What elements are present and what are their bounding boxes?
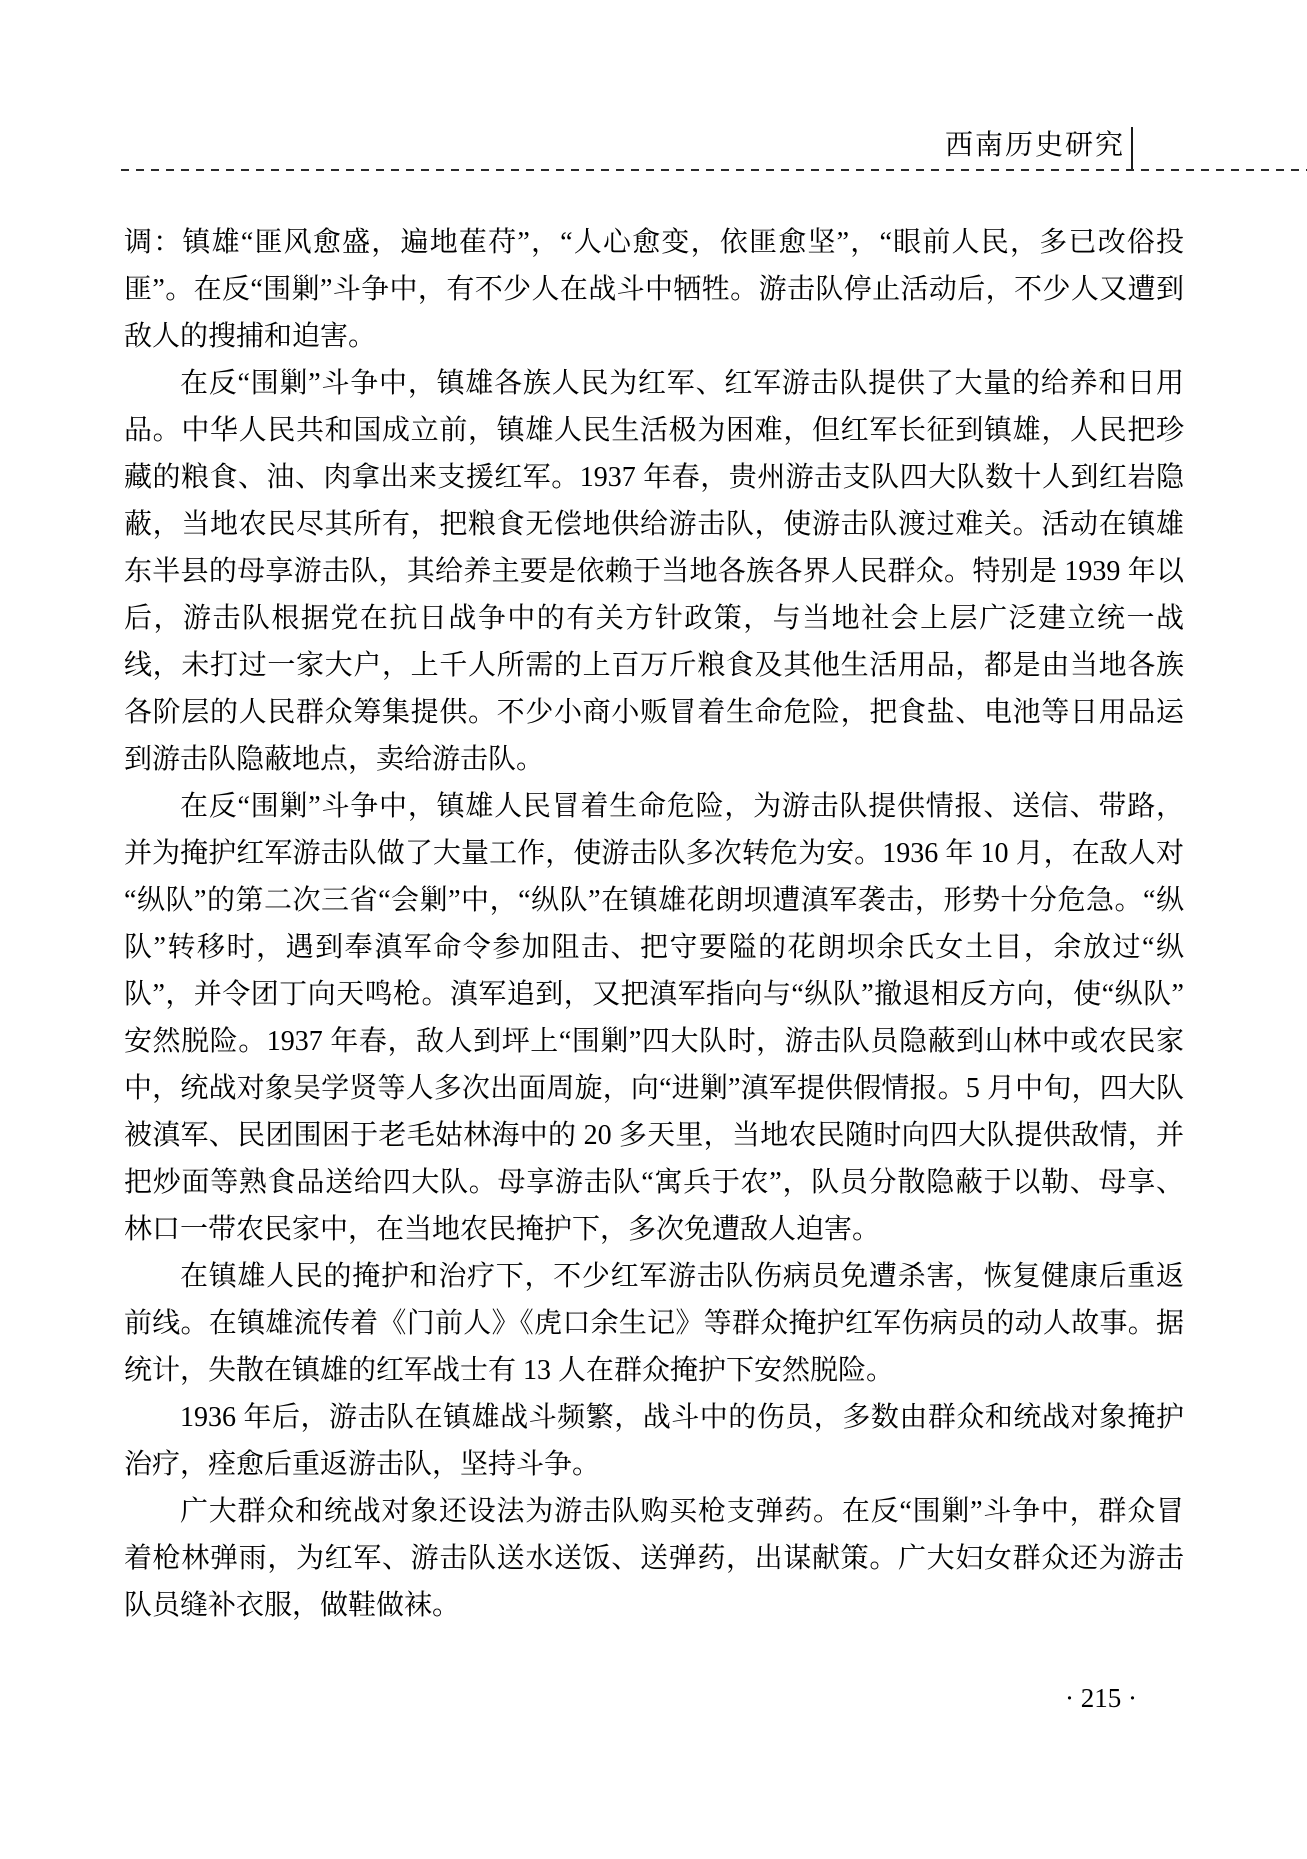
header-vertical-rule bbox=[1131, 127, 1133, 171]
header-dashed-divider bbox=[121, 169, 1307, 171]
paragraph: 在反“围剿”斗争中，镇雄人民冒着生命危险，为游击队提供情报、送信、带路，并为掩护… bbox=[124, 783, 1184, 1253]
paragraph: 在镇雄人民的掩护和治疗下，不少红军游击队伤病员免遭杀害，恢复健康后重返前线。在镇… bbox=[124, 1253, 1184, 1394]
paragraph: 广大群众和统战对象还设法为游击队购买枪支弹药。在反“围剿”斗争中，群众冒着枪林弹… bbox=[124, 1488, 1184, 1629]
book-page: 西南历史研究 调：镇雄“匪风愈盛，遍地萑苻”，“人心愈变，依匪愈坚”，“眼前人民… bbox=[0, 0, 1307, 1859]
running-header: 西南历史研究 bbox=[0, 124, 1307, 174]
paragraph: 1936 年后，游击队在镇雄战斗频繁，战斗中的伤员，多数由群众和统战对象掩护治疗… bbox=[124, 1394, 1184, 1488]
running-header-title: 西南历史研究 bbox=[945, 126, 1125, 166]
page-number: · 215 · bbox=[1065, 1680, 1137, 1716]
paragraph-continuation: 调：镇雄“匪风愈盛，遍地萑苻”，“人心愈变，依匪愈坚”，“眼前人民，多已改俗投匪… bbox=[124, 219, 1184, 360]
body-text: 调：镇雄“匪风愈盛，遍地萑苻”，“人心愈变，依匪愈坚”，“眼前人民，多已改俗投匪… bbox=[124, 219, 1184, 1629]
paragraph: 在反“围剿”斗争中，镇雄各族人民为红军、红军游击队提供了大量的给养和日用品。中华… bbox=[124, 360, 1184, 783]
